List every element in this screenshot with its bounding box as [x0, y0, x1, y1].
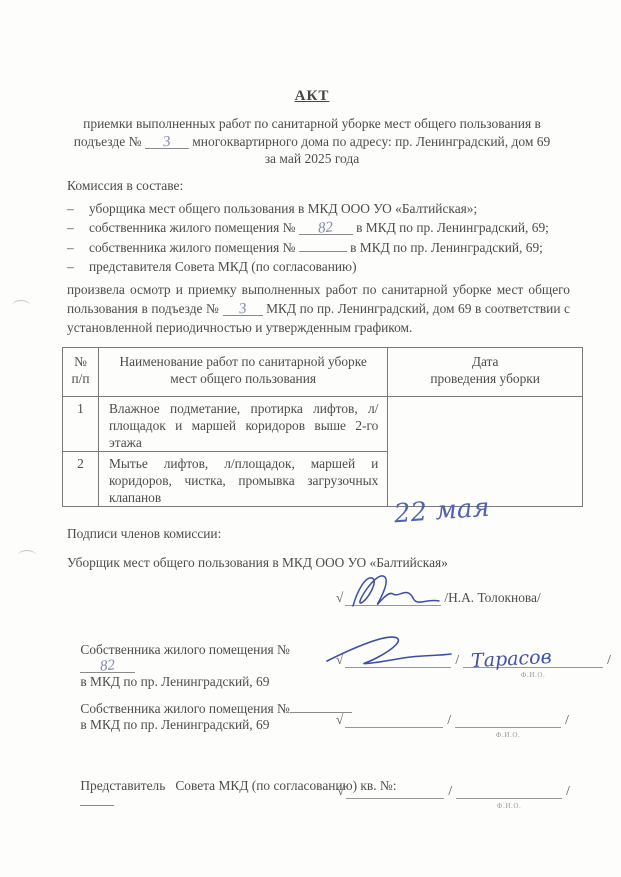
row-number: 1 — [63, 397, 99, 452]
cleaner-signature-label: Уборщик мест общего пользования в МКД ОО… — [67, 555, 448, 571]
signature-scribble — [347, 570, 445, 614]
owner2-label-pre: Собственника жилого помещения № — [80, 701, 289, 716]
fio-line: Ф.И.О. — [455, 703, 561, 728]
signature-line — [345, 643, 451, 668]
dash-marker: – — [67, 218, 89, 237]
table-row: 1 Влажное подметание, протирка лифтов, л… — [63, 397, 583, 452]
list-item: – уборщика мест общего пользования в МКД… — [67, 199, 572, 218]
owner1-apartment-blank: 82 — [80, 660, 135, 673]
check-mark: √ — [336, 652, 345, 668]
cleaner-signature-row: √ /Н.А. Толокнова/ — [336, 578, 541, 606]
document-title-text: АКТ — [295, 88, 330, 104]
list-item-text: собственника жилого помещения № 82 в МКД… — [89, 218, 549, 237]
check-mark: √ — [336, 590, 345, 606]
dash-marker: – — [67, 199, 89, 218]
works-table: № п/п Наименование работ по санитарной у… — [62, 347, 583, 507]
apartment-number-handwritten: 82 — [318, 223, 334, 235]
entrance-number-handwritten-2: 3 — [238, 303, 247, 314]
list-item: – представителя Совета МКД (по согласова… — [67, 257, 572, 276]
document-title: АКТ — [62, 88, 562, 105]
row-work-description: Мытье лифтов, л/площадок, маршей и корид… — [98, 452, 387, 507]
header-work: Наименование работ по санитарной уборке … — [98, 348, 387, 397]
fio-line: Ф.И.О. — [456, 774, 562, 799]
owner1-handwritten-name: Тарасов — [471, 646, 553, 672]
row-work-description: Влажное подметание, протирка лифтов, л/п… — [98, 397, 387, 452]
list-item-text: уборщика мест общего пользования в МКД О… — [89, 199, 477, 218]
slash-separator: / — [451, 652, 463, 668]
entrance-number-handwritten: 3 — [163, 136, 172, 147]
pen-mark-artifact — [12, 300, 30, 311]
commission-list: – уборщика мест общего пользования в МКД… — [67, 199, 572, 277]
slash-separator: / — [562, 783, 574, 799]
apartment-number-blank: 82 — [299, 222, 353, 235]
slash-separator: / — [444, 783, 456, 799]
fio-caption: Ф.И.О. — [463, 671, 603, 679]
signature-line — [345, 581, 441, 606]
entrance-number-blank-2: 3 — [223, 303, 263, 316]
body-paragraph: произвела осмотр и приемку выполненных р… — [67, 281, 570, 337]
subtitle-line3: за май 2025 года — [265, 151, 360, 166]
slash-separator: / — [561, 712, 573, 728]
owner2-signature-row: √ / Ф.И.О. / — [336, 700, 573, 728]
subtitle-line2-pre: подъезде № — [74, 134, 142, 149]
list-item-text: собственника жилого помещения № в МКД по… — [89, 238, 543, 257]
apartment-number-blank-empty — [299, 251, 347, 252]
slash-separator: / — [603, 652, 615, 668]
header-num: № п/п — [63, 348, 99, 397]
pen-mark-artifact — [18, 550, 36, 561]
check-mark: √ — [337, 783, 346, 799]
representative-signature-row: √ / Ф.И.О. / — [337, 771, 574, 799]
list-item-pre: собственника жилого помещения № — [89, 240, 295, 255]
slash-separator: / — [443, 712, 455, 728]
dash-marker: – — [67, 257, 89, 276]
handwritten-cleaning-date: 22 мая — [394, 500, 491, 524]
row-number: 2 — [63, 452, 99, 507]
list-item-text: представителя Совета МКД (по согласовани… — [89, 257, 357, 276]
entrance-number-blank: 3 — [145, 136, 189, 149]
commission-heading: Комиссия в составе: — [67, 178, 183, 194]
list-item-pre: собственника жилого помещения № — [89, 220, 295, 235]
owner2-label-post: в МКД по пр. Ленинградский, 69 — [80, 717, 269, 732]
subtitle-line1: приемки выполненных работ по санитарной … — [83, 116, 541, 131]
signature-line — [345, 703, 443, 728]
header-date: Дата проведения уборки — [388, 348, 583, 397]
list-item: – собственника жилого помещения № 82 в М… — [67, 218, 572, 237]
fio-caption: Ф.И.О. — [456, 802, 562, 810]
owner1-signature-row: √ / Тарасов Ф.И.О. / — [336, 636, 615, 668]
row-date-cell: 22 мая — [388, 397, 583, 507]
scanned-act-document: АКТ приемки выполненных работ по санитар… — [0, 0, 621, 877]
list-item: – собственника жилого помещения № в МКД … — [67, 238, 572, 257]
signature-line — [346, 774, 444, 799]
document-subtitle: приемки выполненных работ по санитарной … — [60, 115, 564, 168]
owner2-label: Собственника жилого помещения № в МКД по… — [67, 685, 352, 749]
cleaner-signature-name: /Н.А. Толокнова/ — [441, 590, 540, 606]
representative-apartment-blank — [80, 805, 114, 806]
check-mark: √ — [336, 712, 345, 728]
list-item-post: в МКД по пр. Ленинградский, 69; — [350, 240, 543, 255]
fio-caption: Ф.И.О. — [455, 731, 561, 739]
fio-line: Тарасов Ф.И.О. — [463, 643, 603, 668]
signatures-heading: Подписи членов комиссии: — [67, 526, 221, 542]
table-header-row: № п/п Наименование работ по санитарной у… — [63, 348, 583, 397]
dash-marker: – — [67, 238, 89, 257]
list-item-post: в МКД по пр. Ленинградский, 69; — [356, 220, 549, 235]
owner1-apartment-handwritten: 82 — [100, 660, 116, 672]
owner1-label-pre: Собственника жилого помещения № — [80, 642, 289, 657]
subtitle-line2-post: многоквартирного дома по адресу: пр. Лен… — [192, 134, 550, 149]
